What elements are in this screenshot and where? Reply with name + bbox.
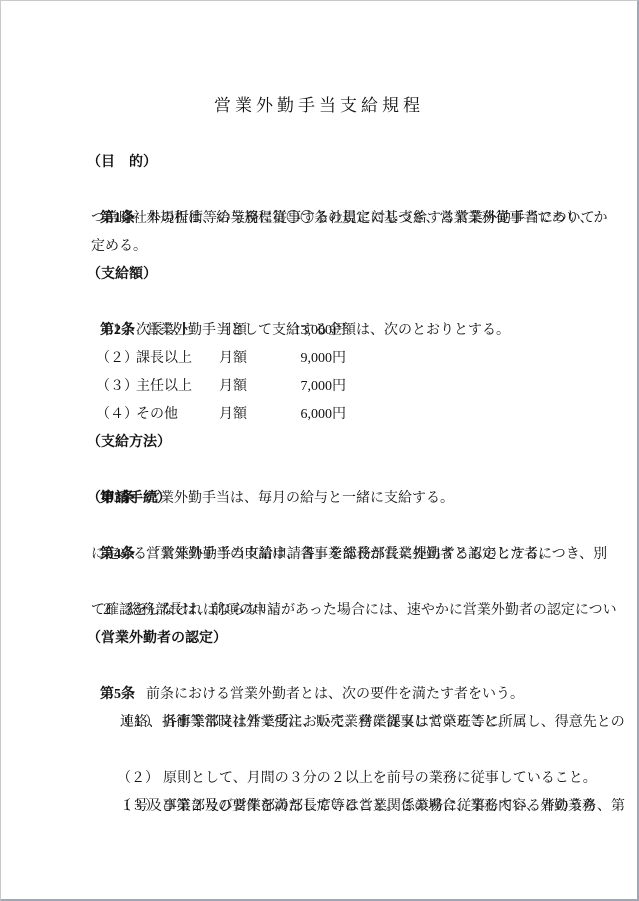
allowance-row-3-amount: 7,000円	[247, 373, 346, 401]
section-heading-certification: （営業外勤者の認定）	[1, 625, 637, 653]
allowance-row-3-number: （３）	[96, 373, 136, 401]
article-1-line-2: つ常時社外の折衝等の業務に従事する社員に対し支給する営業外勤手当について	[1, 205, 637, 233]
allowance-row-3-unit: 月額	[219, 373, 247, 401]
requirement-2-text: 原則として、月間の３分の２以上を前号の業務に従事していること。	[163, 771, 597, 786]
allowance-row-2-number: （２）	[96, 345, 136, 373]
allowance-row-4-unit: 月額	[219, 401, 247, 429]
allowance-row-2-amount: 9,000円	[247, 345, 346, 373]
article-1-line-1: 第1条本規程は、給与規程第〇〇条の規定に基づき、営業業務従事者であり、か	[1, 177, 637, 205]
allowance-row-4: （４）その他月額6,000円	[1, 401, 637, 429]
article-3-text: 営業外勤手当は、毎月の給与と一緒に支給する。	[146, 491, 454, 506]
allowance-row-1-number: （１）	[96, 317, 136, 345]
requirement-2-number: （２）	[117, 771, 159, 786]
allowance-row-1-unit: 月額	[219, 317, 247, 345]
document-title: 営業外勤手当支給規程	[1, 91, 637, 116]
document-body: （目 的） 第1条本規程は、給与規程第〇〇条の規定に基づき、営業業務従事者であり…	[1, 149, 637, 821]
allowance-row-2-unit: 月額	[219, 345, 247, 373]
allowance-row-3: （３）主任以上月額7,000円	[1, 373, 637, 401]
section-heading-amount: （支給額）	[1, 261, 637, 289]
allowance-row-2: （２）課長以上月額9,000円	[1, 345, 637, 373]
article-5-number: 第5条	[100, 687, 135, 702]
allowance-row-4-number: （４）	[96, 401, 136, 429]
allowance-row-1-grade: 次長以上	[136, 317, 219, 345]
document-page: 営業外勤手当支給規程 （目 的） 第1条本規程は、給与規程第〇〇条の規定に基づき…	[0, 0, 639, 901]
section-heading-purpose: （目 的）	[1, 149, 637, 177]
section-heading-method: （支給方法）	[1, 429, 637, 457]
article-5-line-1: 第5条前条における営業外勤者とは、次の要件を満たす者をいう。	[1, 653, 637, 681]
allowance-row-1: （１）次長以上月額13,000円	[1, 317, 637, 345]
allowance-row-4-amount: 6,000円	[247, 401, 346, 429]
allowance-row-4-grade: その他	[136, 401, 219, 429]
article-4-para-2-line-1: ２総務部長は、前項の申請があった場合には、速やかに営業外勤者の認定につい	[1, 569, 637, 597]
article-3-line-1: 第3条営業外勤手当は、毎月の給与と一緒に支給する。	[1, 457, 637, 485]
article-1-line-3: 定める。	[1, 233, 637, 261]
allowance-row-1-amount: 13,000円	[247, 317, 346, 345]
allowance-row-2-grade: 課長以上	[136, 345, 219, 373]
article-2-line-1: 第2条営業外勤手当として支給する金額は、次のとおりとする。	[1, 289, 637, 317]
article-4-line-1: 第4条営業外勤手当の申請は、各事業部長が営業外勤者と認定した者につき、別	[1, 513, 637, 541]
allowance-row-3-grade: 主任以上	[136, 373, 219, 401]
article-5-text: 前条における営業外勤者とは、次の要件を満たす者をいう。	[146, 687, 524, 702]
article-4-line-2: に定める「営業外勤手当支給申請書」を総務部長に提出するものとする。	[1, 541, 637, 569]
